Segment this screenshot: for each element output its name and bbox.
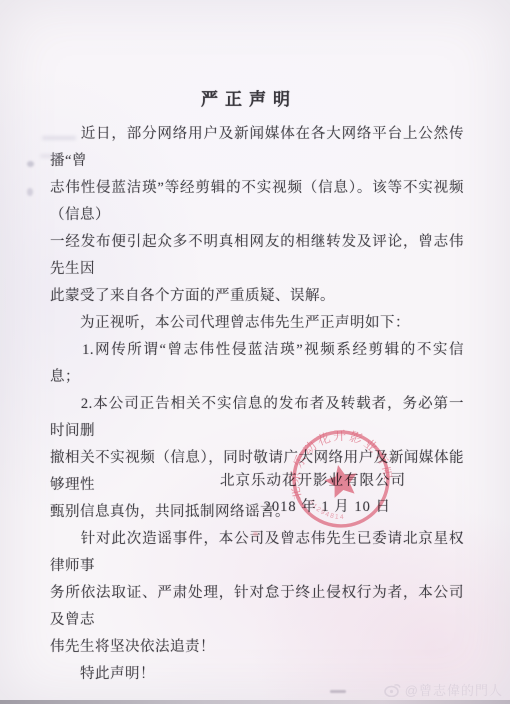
paper-speck <box>27 161 34 167</box>
seal-star-icon <box>322 462 361 500</box>
photo-bottom-edge <box>0 700 510 704</box>
weibo-logo-icon <box>384 682 401 697</box>
statement-body: 近日，部分网络用户及新闻媒体在各大网络平台上公然传播“曾 志伟性侵蓝洁瑛”等经剪… <box>50 121 464 688</box>
page-title: 严正声明 <box>0 85 498 110</box>
paper-speck <box>27 188 33 196</box>
paper-background: 严正声明 近日，部分网络用户及新闻媒体在各大网络平台上公然传播“曾 志伟性侵蓝洁… <box>0 0 510 704</box>
paper-smudge <box>42 136 76 140</box>
paper-speck <box>253 532 258 536</box>
paper-smudge <box>40 154 60 158</box>
paper-smudge <box>330 690 346 693</box>
weibo-watermark: @曾志偉的門人 <box>384 680 503 699</box>
watermark-handle: @曾志偉的門人 <box>405 680 503 699</box>
company-seal-stamp-icon: 北京乐动花开影业有限公司 51294814 <box>280 418 401 541</box>
